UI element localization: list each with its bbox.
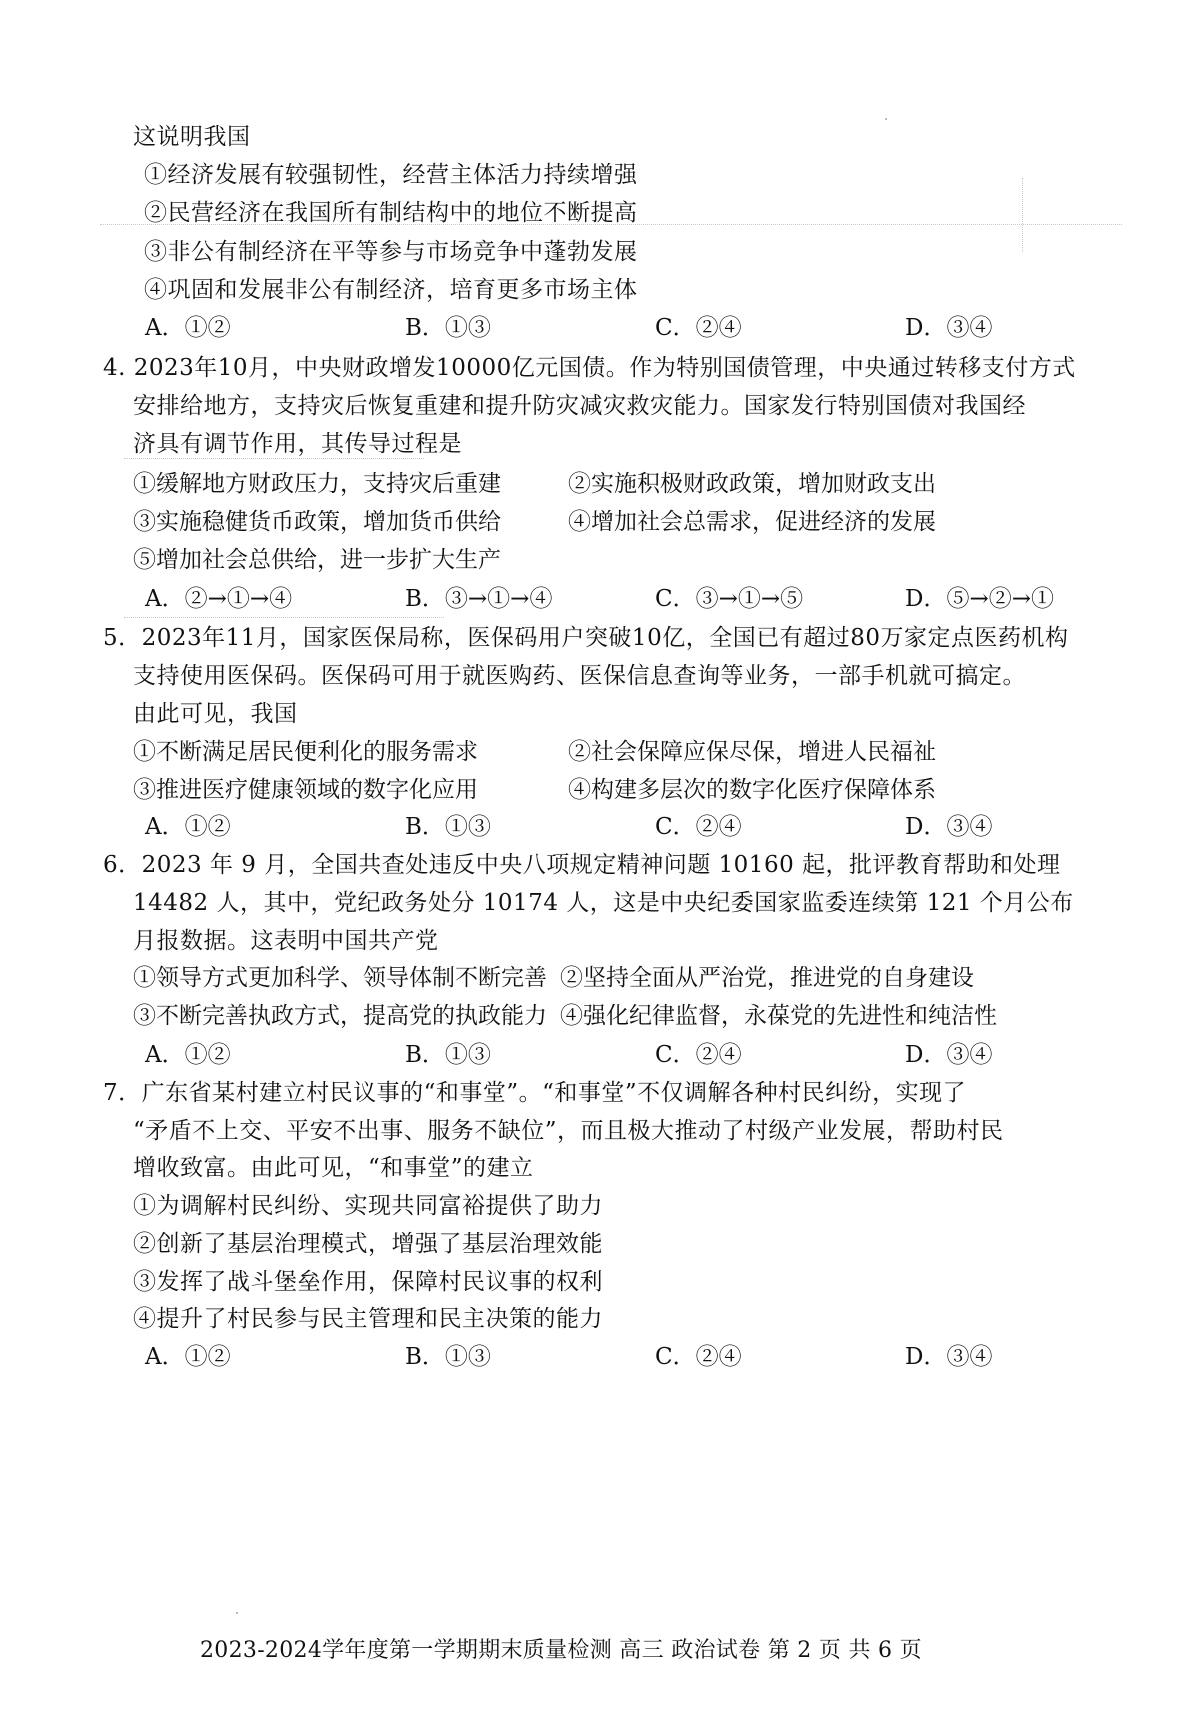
question-stem-line: 支持使用医保码。医保码可用于就医购药、医保信息查询等业务，一部手机就可搞定。 — [133, 661, 1026, 691]
statement-2: ②创新了基层治理模式，增强了基层治理效能 — [133, 1229, 603, 1259]
question-stem-line: 7．广东省某村建立村民议事的“和事堂”。“和事堂”不仅调解各种村民纠纷，实现了 — [103, 1078, 966, 1108]
statement-3: ③发挥了战斗堡垒作用，保障村民议事的权利 — [133, 1267, 603, 1297]
option-c: C．②④ — [655, 313, 742, 343]
page-footer: 2023-2024学年度第一学期期末质量检测 高三 政治试卷 第 2 页 共 6… — [200, 1637, 1000, 1665]
option-d: D．③④ — [905, 1342, 992, 1372]
question-stem-line: 5．2023年11月，国家医保局称，医保码用户突破10亿，全国已有超过80万家定… — [103, 623, 1068, 653]
scan-artifact-dotted-line — [124, 617, 444, 618]
scan-artifact-dotted-line — [100, 224, 1122, 225]
statement-1: ①为调解村民纠纷、实现共同富裕提供了助力 — [133, 1191, 603, 1221]
statement-4: ④提升了村民参与民主管理和民主决策的能力 — [133, 1304, 603, 1334]
question-stem: 这说明我国 — [133, 122, 251, 152]
question-stem-line: 4. 2023年10月，中央财政增发10000亿元国债。作为特别国债管理，中央通… — [103, 353, 1076, 383]
option-b: B．③→①→④ — [405, 584, 552, 614]
option-b: B．①③ — [405, 313, 491, 343]
question-stem-line: 增收致富。由此可见，“和事堂”的建立 — [133, 1153, 534, 1183]
question-stem-line: 月报数据。这表明中国共产党 — [133, 926, 439, 956]
question-stem-line: 安排给地方，支持灾后恢复重建和提升防灾减灾救灾能力。国家发行特别国债对我国经 — [133, 391, 1026, 421]
question-stem-line: 14482 人，其中，党纪政务处分 10174 人，这是中央纪委国家监委连续第 … — [133, 888, 1074, 918]
statement-3: ③不断完善执政方式，提高党的执政能力 — [133, 1001, 547, 1031]
option-a: A．①② — [145, 812, 231, 842]
option-a: A．①② — [145, 1342, 231, 1372]
option-d: D．③④ — [905, 1040, 992, 1070]
statement-1: ①缓解地方财政压力，支持灾后重建 — [133, 469, 501, 499]
statement-3: ③推进医疗健康领域的数字化应用 — [133, 775, 478, 805]
option-a: A．①② — [145, 313, 231, 343]
option-b: B．①③ — [405, 1342, 491, 1372]
statement-4: ④构建多层次的数字化医疗保障体系 — [568, 775, 936, 805]
option-c: C．②④ — [655, 1040, 742, 1070]
statement-3: ③非公有制经济在平等参与市场竞争中蓬勃发展 — [144, 237, 638, 267]
statement-4: ④增加社会总需求，促进经济的发展 — [568, 507, 936, 537]
statement-2: ②实施积极财政政策，增加财政支出 — [568, 469, 936, 499]
exam-page: 这说明我国 ①经济发展有较强韧性，经营主体活力持续增强 ②民营经济在我国所有制结… — [0, 0, 1200, 1725]
statement-5: ⑤增加社会总供给，进一步扩大生产 — [133, 545, 501, 575]
option-c: C．②④ — [655, 812, 742, 842]
statement-1: ①经济发展有较强韧性，经营主体活力持续增强 — [144, 160, 638, 190]
statement-2: ②社会保障应保尽保，增进人民福祉 — [568, 737, 936, 767]
option-a: A．①② — [145, 1040, 231, 1070]
option-b: B．①③ — [405, 1040, 491, 1070]
statement-2: ②坚持全面从严治党，推进党的自身建设 — [560, 963, 974, 993]
statement-1: ①不断满足居民便利化的服务需求 — [133, 737, 478, 767]
scan-speck — [236, 1612, 238, 1614]
question-stem-line: 济具有调节作用，其传导过程是 — [133, 429, 462, 459]
statement-3: ③实施稳健货币政策，增加货币供给 — [133, 507, 501, 537]
question-stem-line: 6．2023 年 9 月，全国共查处违反中央八项规定精神问题 10160 起，批… — [103, 850, 1061, 880]
statement-1: ①领导方式更加科学、领导体制不断完善 — [133, 963, 547, 993]
statement-4: ④强化纪律监督，永葆党的先进性和纯洁性 — [560, 1001, 997, 1031]
option-d: D．③④ — [905, 313, 992, 343]
option-b: B．①③ — [405, 812, 491, 842]
scan-speck — [885, 118, 887, 120]
statement-4: ④巩固和发展非公有制经济，培育更多市场主体 — [144, 275, 638, 305]
option-c: C．②④ — [655, 1342, 742, 1372]
scan-artifact-dotted-line — [1022, 178, 1023, 252]
question-stem-line: “矛盾不上交、平安不出事、服务不缺位”，而且极大推动了村级产业发展，帮助村民 — [133, 1116, 1004, 1146]
question-stem-line: 由此可见，我国 — [133, 699, 298, 729]
option-d: D．⑤→②→① — [905, 584, 1054, 614]
scan-artifact-dotted-line — [124, 458, 424, 459]
option-d: D．③④ — [905, 812, 992, 842]
option-c: C．③→①→⑤ — [655, 584, 803, 614]
option-a: A．②→①→④ — [145, 584, 292, 614]
